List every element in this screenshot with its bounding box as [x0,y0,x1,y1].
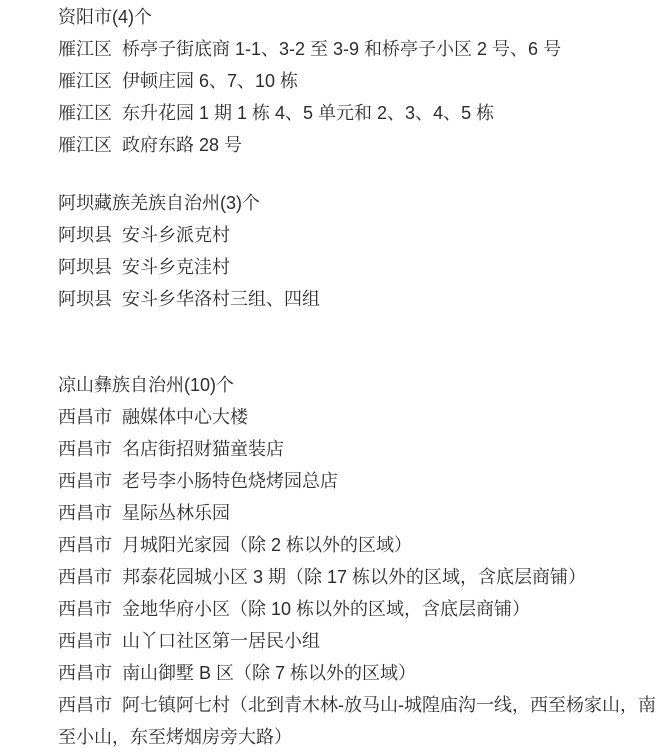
city-section-header: 阿坝藏族羌族自治州(3)个 [58,187,658,219]
address-text: 融媒体中心大楼 [122,407,248,427]
address-text: 安斗乡派克村 [122,225,230,245]
risk-area-row: 西昌市老号李小肠特色烧烤园总店 [58,465,658,497]
district-name: 西昌市 [58,599,112,619]
address-text: 安斗乡克洼村 [122,257,230,277]
risk-area-row: 雁江区东升花园 1 期 1 栋 4、5 单元和 2、3、4、5 栋 [58,97,658,129]
district-name: 西昌市 [58,663,112,683]
address-text: 阿七镇阿七村（北到青木林-放马山-城隍庙沟一线，西至杨家山，南至小山，东至烤烟房… [58,695,656,747]
district-name: 西昌市 [58,535,112,555]
district-name: 西昌市 [58,407,112,427]
district-name: 雁江区 [58,71,112,91]
district-name: 西昌市 [58,631,112,651]
district-name: 西昌市 [58,471,112,491]
risk-area-row: 西昌市月城阳光家园（除 2 栋以外的区域） [58,529,658,561]
district-name: 雁江区 [58,39,112,59]
district-name: 西昌市 [58,439,112,459]
risk-area-row: 西昌市南山御墅 B 区（除 7 栋以外的区域） [58,657,658,689]
risk-area-row: 雁江区伊顿庄园 6、7、10 栋 [58,65,658,97]
risk-area-document: 资阳市(4)个 雁江区桥亭子街底商 1-1、3-2 至 3-9 和桥亭子小区 2… [0,0,663,756]
risk-area-row: 西昌市融媒体中心大楼 [58,401,658,433]
address-text: 月城阳光家园（除 2 栋以外的区域） [122,535,412,555]
district-name: 雁江区 [58,103,112,123]
address-text: 星际丛林乐园 [122,503,230,523]
district-name: 西昌市 [58,567,112,587]
address-text: 安斗乡华洛村三组、四组 [122,289,320,309]
risk-area-row: 西昌市阿七镇阿七村（北到青木林-放马山-城隍庙沟一线，西至杨家山，南至小山，东至… [58,689,658,753]
address-text: 金地华府小区（除 10 栋以外的区域，含底层商铺） [122,599,530,619]
section-aba: 阿坝藏族羌族自治州(3)个 阿坝县安斗乡派克村 阿坝县安斗乡克洼村 阿坝县安斗乡… [58,187,658,315]
risk-area-row: 雁江区桥亭子街底商 1-1、3-2 至 3-9 和桥亭子小区 2 号、6 号 [58,33,658,65]
risk-area-row: 西昌市星际丛林乐园 [58,497,658,529]
district-name: 雁江区 [58,135,112,155]
risk-area-row: 西昌市金地华府小区（除 10 栋以外的区域，含底层商铺） [58,593,658,625]
city-section-header: 凉山彝族自治州(10)个 [58,369,658,401]
risk-area-row: 阿坝县安斗乡克洼村 [58,251,658,283]
city-section-header: 资阳市(4)个 [58,1,658,33]
district-name: 阿坝县 [58,225,112,245]
risk-area-row: 阿坝县安斗乡派克村 [58,219,658,251]
risk-area-row: 西昌市邦泰花园城小区 3 期（除 17 栋以外的区域，含底层商铺） [58,561,658,593]
risk-area-row: 西昌市山丫口社区第一居民小组 [58,625,658,657]
address-text: 伊顿庄园 6、7、10 栋 [122,71,298,91]
address-text: 名店街招财猫童装店 [122,439,284,459]
address-text: 东升花园 1 期 1 栋 4、5 单元和 2、3、4、5 栋 [122,103,494,123]
address-text: 山丫口社区第一居民小组 [122,631,320,651]
risk-area-row: 雁江区政府东路 28 号 [58,129,658,161]
address-text: 南山御墅 B 区（除 7 栋以外的区域） [122,663,416,683]
address-text: 老号李小肠特色烧烤园总店 [122,471,338,491]
section-ziyang: 资阳市(4)个 雁江区桥亭子街底商 1-1、3-2 至 3-9 和桥亭子小区 2… [58,1,658,161]
district-name: 阿坝县 [58,289,112,309]
address-text: 桥亭子街底商 1-1、3-2 至 3-9 和桥亭子小区 2 号、6 号 [122,39,561,59]
address-text: 政府东路 28 号 [122,135,242,155]
risk-area-row: 阿坝县安斗乡华洛村三组、四组 [58,283,658,315]
district-name: 阿坝县 [58,257,112,277]
district-name: 西昌市 [58,695,112,715]
district-name: 西昌市 [58,503,112,523]
risk-area-row: 西昌市名店街招财猫童装店 [58,433,658,465]
address-text: 邦泰花园城小区 3 期（除 17 栋以外的区域，含底层商铺） [122,567,586,587]
section-liangshan: 凉山彝族自治州(10)个 西昌市融媒体中心大楼 西昌市名店街招财猫童装店 西昌市… [58,369,658,753]
